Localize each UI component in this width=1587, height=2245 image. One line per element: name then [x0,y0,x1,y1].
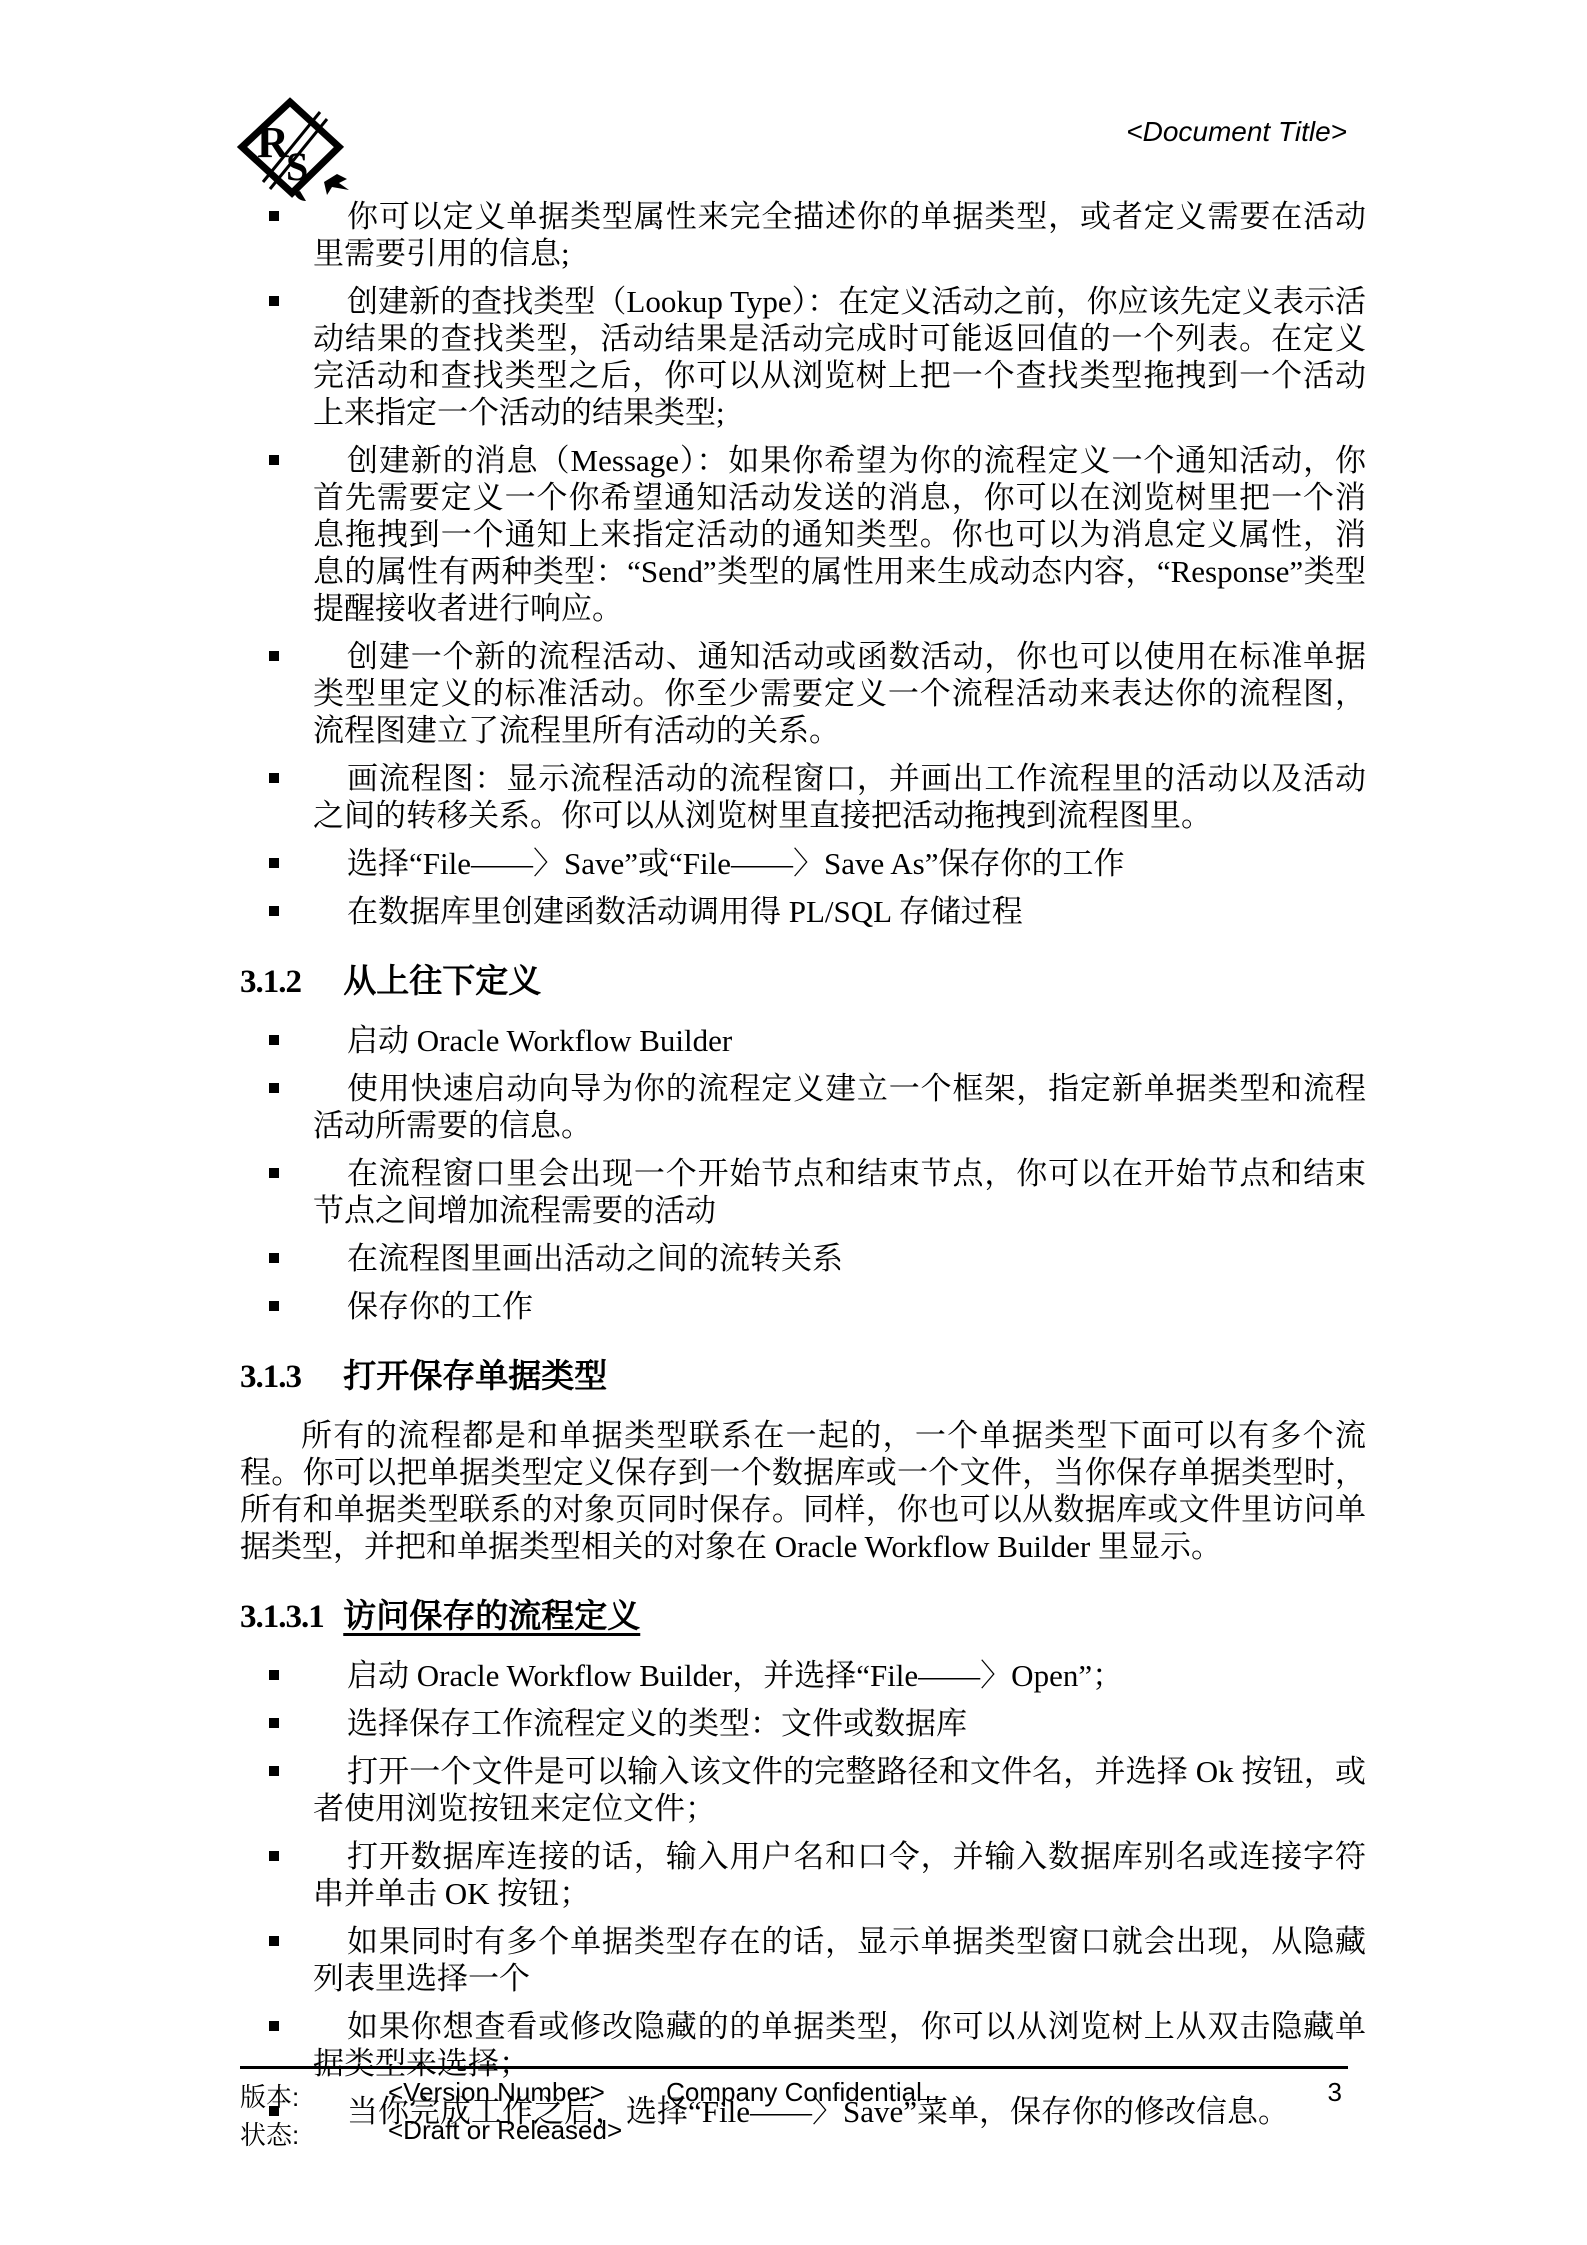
bullet-icon [269,773,279,783]
section-heading-312: 3.1.2 从上往下定义 [240,962,1366,1002]
section-number: 3.1.3.1 [240,1597,335,1637]
page-number: 3 [1328,2077,1342,2108]
list-item-text: 画流程图：显示流程活动的流程窗口，并画出工作流程里的活动以及活动之间的转移关系。… [313,761,1366,833]
list-item-text: 启动 Oracle Workflow Builder [347,1023,732,1058]
list-item-text: 在流程窗口里会出现一个开始节点和结束节点，你可以在开始节点和结束节点之间增加流程… [313,1156,1366,1228]
list-item-text: 在流程图里画出活动之间的流转关系 [347,1241,843,1276]
list-item-text: 选择保存工作流程定义的类型：文件或数据库 [347,1706,967,1741]
bullet-icon [269,1168,279,1178]
list-item: 画流程图：显示流程活动的流程窗口，并画出工作流程里的活动以及活动之间的转移关系。… [240,760,1366,834]
list-item-text: 启动 Oracle Workflow Builder，并选择“File——〉Op… [347,1658,1123,1693]
bullet-icon [269,1035,279,1045]
list-item: 创建新的消息（Message）：如果你希望为你的流程定义一个通知活动，你首先需要… [240,442,1366,627]
bullet-icon [269,1851,279,1861]
bullet-icon [269,1083,279,1093]
bullet-icon [269,1766,279,1776]
bullet-icon [269,296,279,306]
body-paragraph: 所有的流程都是和单据类型联系在一起的，一个单据类型下面可以有多个流程。你可以把单… [240,1417,1366,1565]
bullet-icon [269,211,279,221]
section-title: 打开保存单据类型 [343,1359,607,1395]
logo-bird-icon [324,174,349,195]
document-body: 你可以定义单据类型属性来完全描述你的单据类型，或者定义需要在活动里需要引用的信息… [240,198,1366,2141]
list-item: 在流程窗口里会出现一个开始节点和结束节点，你可以在开始节点和结束节点之间增加流程… [240,1155,1366,1229]
list-item-text: 如果同时有多个单据类型存在的话，显示单据类型窗口就会出现，从隐藏列表里选择一个 [313,1924,1366,1996]
bullet-icon [269,1718,279,1728]
section-number: 3.1.2 [240,962,335,1002]
list-item-text: 选择“File——〉Save”或“File——〉Save As”保存你的工作 [347,846,1125,881]
section-number: 3.1.3 [240,1357,335,1397]
list-item: 启动 Oracle Workflow Builder，并选择“File——〉Op… [240,1657,1366,1694]
list-item-text: 打开数据库连接的话，输入用户名和口令，并输入数据库别名或连接字符串并单击 OK … [313,1839,1366,1911]
footer-row-status: 状态: <Draft or Released> [240,2115,1348,2153]
list-item: 在数据库里创建函数活动调用得 PL/SQL 存储过程 [240,893,1366,930]
bullet-icon [269,1253,279,1263]
bullet-icon [269,651,279,661]
bullet-icon [269,1301,279,1311]
bullet-icon [269,906,279,916]
bullet-icon [269,455,279,465]
logo-icon: R S [236,96,354,208]
logo-letter-s: S [286,144,308,189]
list-item: 选择“File——〉Save”或“File——〉Save As”保存你的工作 [240,845,1366,882]
list-item: 在流程图里画出活动之间的流转关系 [240,1240,1366,1277]
list-item-text: 使用快速启动向导为你的流程定义建立一个框架，指定新单据类型和流程活动所需要的信息… [313,1071,1366,1143]
list-item: 保存你的工作 [240,1288,1366,1325]
bullet-icon [269,858,279,868]
bullet-icon [269,1670,279,1680]
list-item: 打开一个文件是可以输入该文件的完整路径和文件名，并选择 Ok 按钮，或者使用浏览… [240,1753,1366,1827]
company-logo: R S [236,96,354,213]
page-footer: 版本: <Version Number> Company Confidentia… [240,2066,1348,2153]
list-item: 选择保存工作流程定义的类型：文件或数据库 [240,1705,1366,1742]
list-item: 如果同时有多个单据类型存在的话，显示单据类型窗口就会出现，从隐藏列表里选择一个 [240,1923,1366,1997]
section-title: 访问保存的流程定义 [343,1599,640,1635]
section-heading-3131: 3.1.3.1 访问保存的流程定义 [240,1597,1366,1637]
list-item: 打开数据库连接的话，输入用户名和口令，并输入数据库别名或连接字符串并单击 OK … [240,1838,1366,1912]
list-item-text: 创建新的查找类型（Lookup Type）：在定义活动之前，你应该先定义表示活动… [313,284,1366,430]
status-label: 状态: [240,2115,299,2152]
section-title: 从上往下定义 [343,964,541,1000]
list-item-text: 创建一个新的流程活动、通知活动或函数活动，你也可以使用在标准单据类型里定义的标准… [313,639,1366,748]
bullet-icon [269,2021,279,2031]
list-item-text: 保存你的工作 [347,1289,533,1324]
list-item: 启动 Oracle Workflow Builder [240,1022,1366,1059]
list-item: 使用快速启动向导为你的流程定义建立一个框架，指定新单据类型和流程活动所需要的信息… [240,1070,1366,1144]
confidential-text: Company Confidential [240,2077,1348,2108]
status-value: <Draft or Released> [388,2115,622,2146]
footer-row-version: 版本: <Version Number> Company Confidentia… [240,2077,1348,2115]
document-title: <Document Title> [1126,116,1347,148]
list-item-text: 你可以定义单据类型属性来完全描述你的单据类型，或者定义需要在活动里需要引用的信息… [313,199,1366,271]
list-item-text: 创建新的消息（Message）：如果你希望为你的流程定义一个通知活动，你首先需要… [313,443,1366,626]
list-item-text: 在数据库里创建函数活动调用得 PL/SQL 存储过程 [347,894,1023,929]
list-item: 创建新的查找类型（Lookup Type）：在定义活动之前，你应该先定义表示活动… [240,283,1366,431]
list-item-text: 打开一个文件是可以输入该文件的完整路径和文件名，并选择 Ok 按钮，或者使用浏览… [313,1754,1366,1826]
document-page: R S <Document Title> 你可以定义单据类型属性来完全描述你的单… [0,0,1587,2245]
section-heading-313: 3.1.3 打开保存单据类型 [240,1357,1366,1397]
list-item: 你可以定义单据类型属性来完全描述你的单据类型，或者定义需要在活动里需要引用的信息… [240,198,1366,272]
bullet-icon [269,1936,279,1946]
list-item: 创建一个新的流程活动、通知活动或函数活动，你也可以使用在标准单据类型里定义的标准… [240,638,1366,749]
